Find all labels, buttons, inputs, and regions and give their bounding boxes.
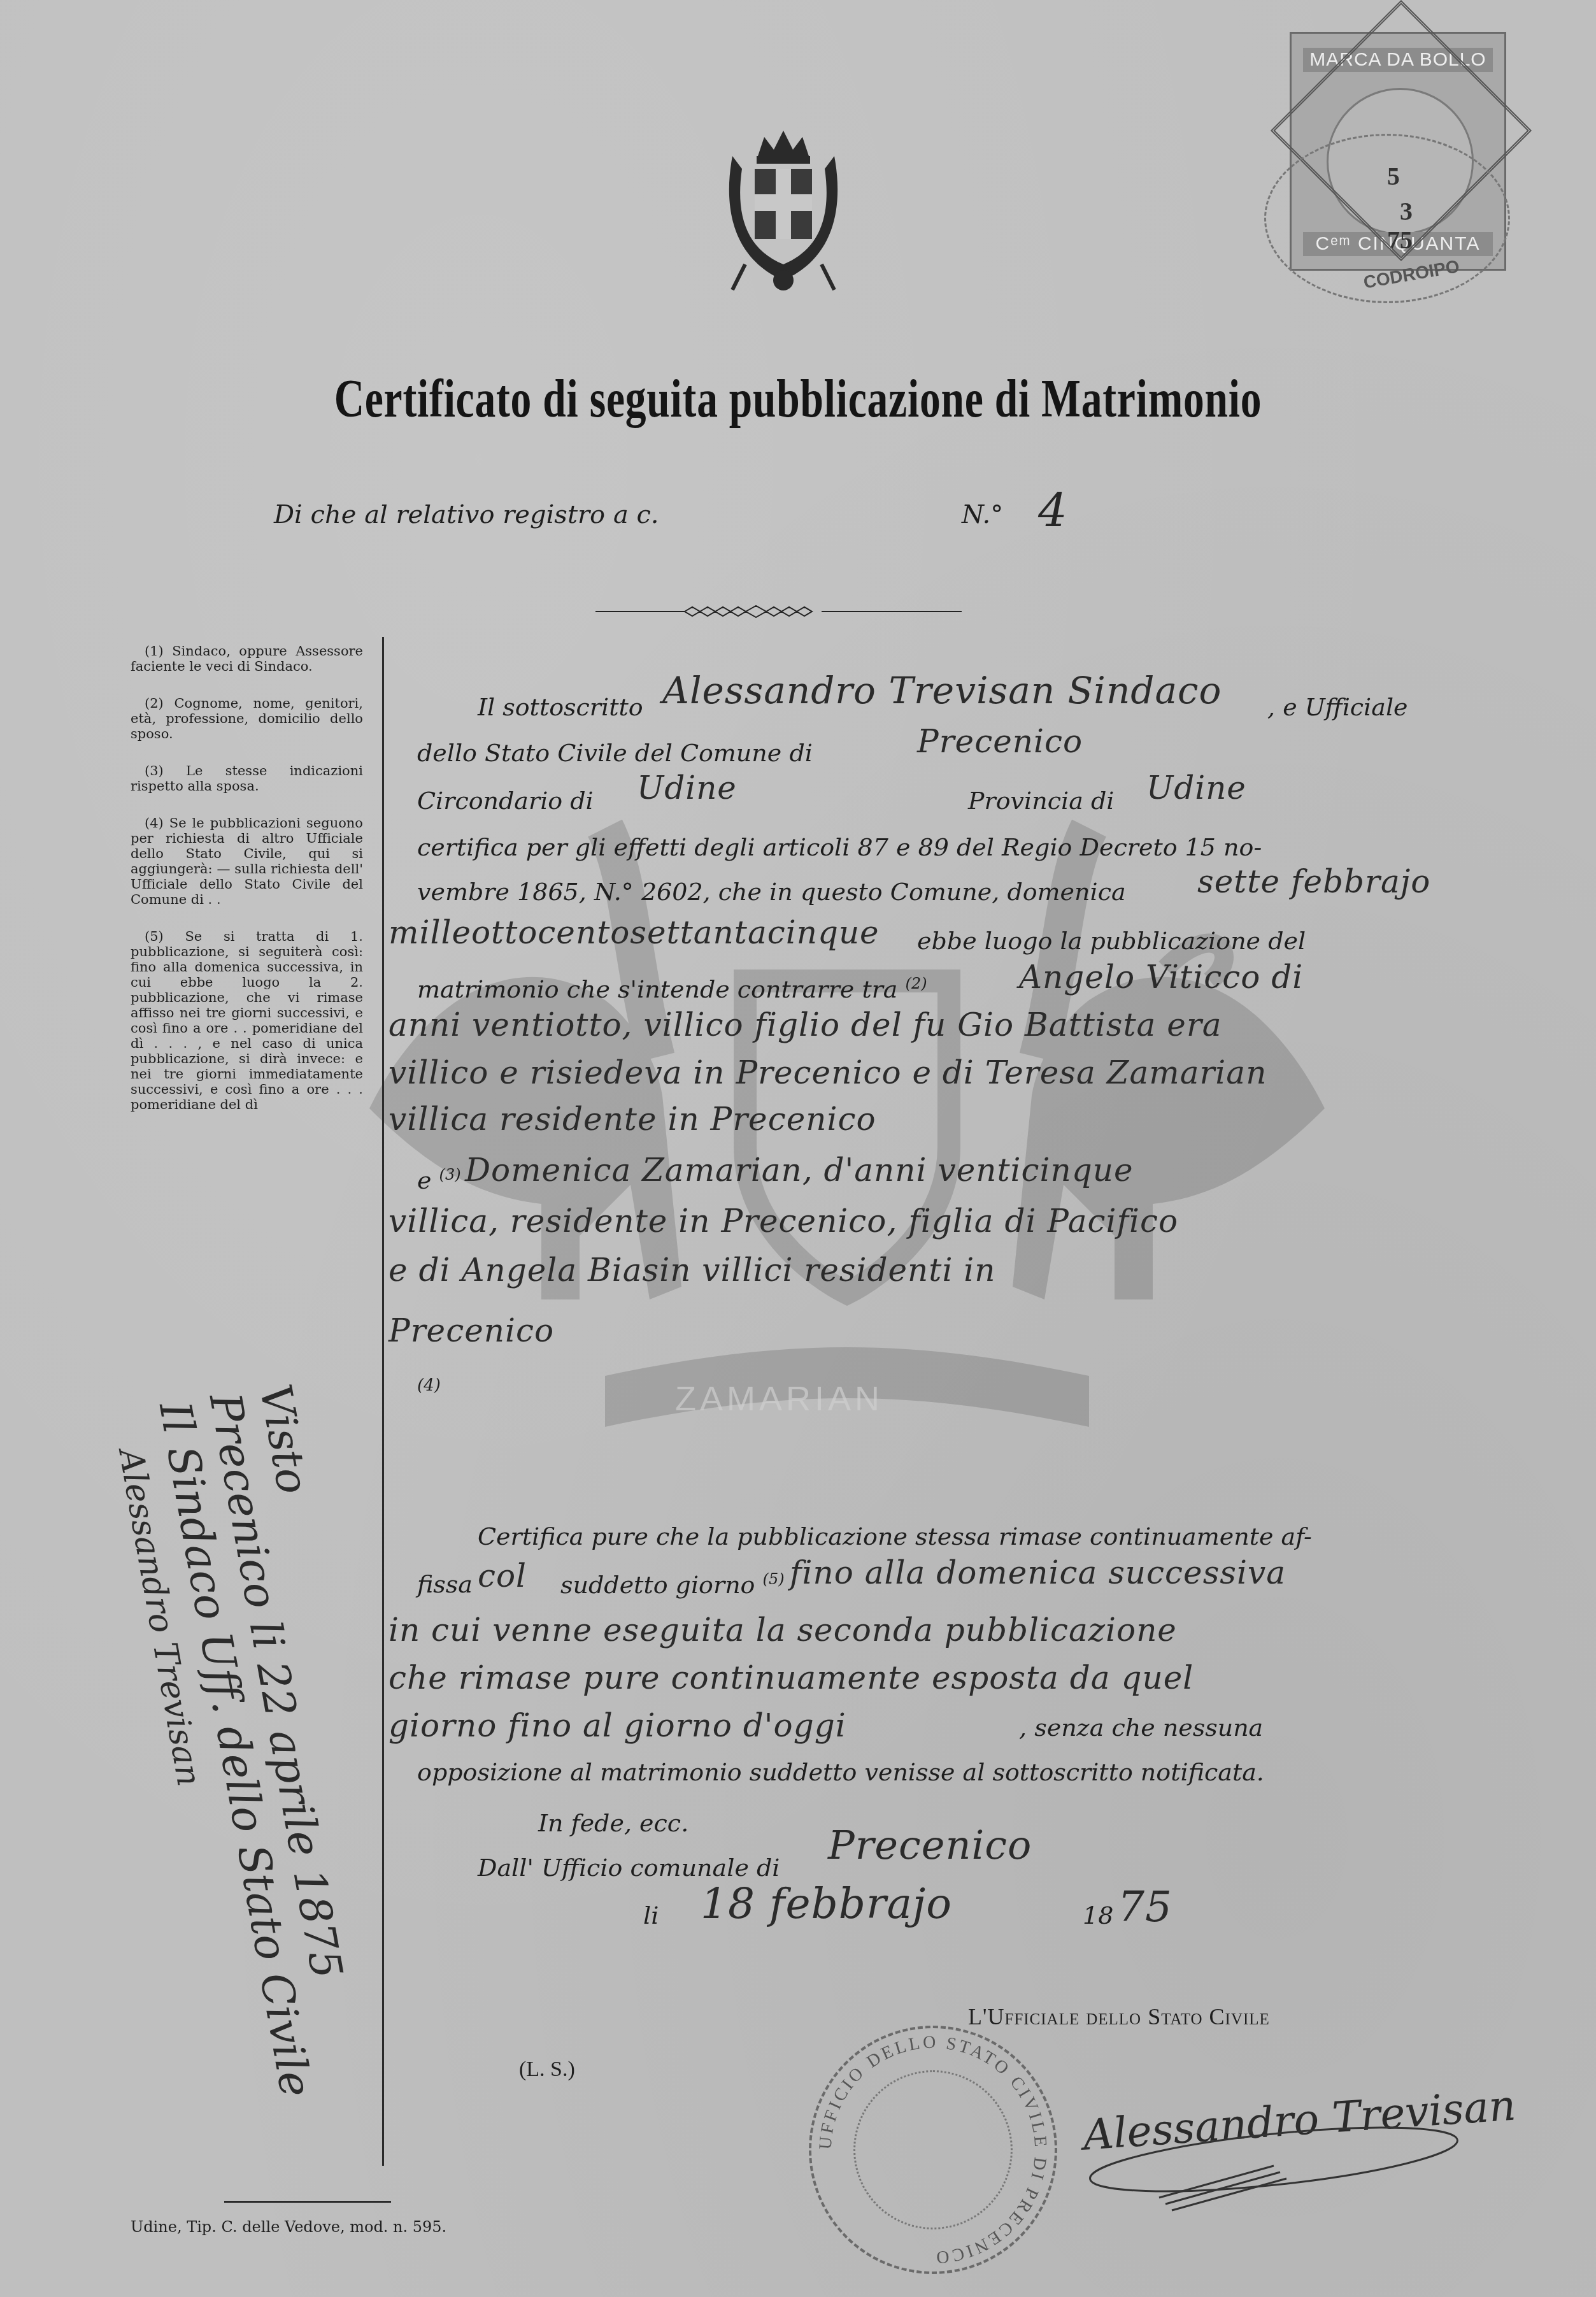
footnotes-column: (1) Sindaco, oppure Assessore faciente l… — [131, 643, 363, 1134]
issue-date-handwritten: 18 febbrajo — [701, 1879, 952, 1928]
certify-line-1: Certifica pure che la pubblicazione stes… — [478, 1522, 1312, 1550]
certify-handwritten-line-3: in cui venne eseguita la seconda pubblic… — [388, 1612, 1177, 1649]
page-title: Certificato di seguita pubblicazione di … — [176, 368, 1421, 430]
publication-date-handwritten: sette febbrajo — [1197, 863, 1430, 900]
certify-handwritten-line-4: che rimase pure continuamente esposta da… — [388, 1659, 1193, 1696]
year-handwritten: 75 — [1118, 1882, 1172, 1931]
certify-line-2-mid: suddetto giorno (5) — [560, 1570, 785, 1599]
groom-details-line-3: villica residente in Precenico — [388, 1101, 876, 1138]
date-label: li — [643, 1901, 659, 1929]
bride-details-line-1: villica, residente in Precenico, figlia … — [388, 1203, 1178, 1240]
ornamental-divider — [595, 605, 962, 618]
footnote-1: (1) Sindaco, oppure Assessore faciente l… — [131, 643, 363, 674]
certify-posting-period-handwritten: fino alla domenica successiva — [790, 1554, 1286, 1591]
footnote-4-marker: (4) — [417, 1376, 441, 1395]
body-line-1-suffix: , e Ufficiale — [1267, 693, 1408, 721]
printer-imprint: Udine, Tip. C. delle Vedove, mod. n. 595… — [131, 2218, 446, 2236]
number-label: N.° — [962, 500, 1003, 529]
locus-sigilli-label: (L. S.) — [519, 2057, 575, 2082]
circondario-label: Circondario di — [417, 787, 594, 815]
groom-details-line-2: villico e risiedeva in Precenico e di Te… — [388, 1054, 1267, 1091]
footnote-2: (2) Cognome, nome, genitori, età, profes… — [131, 696, 363, 741]
body-line-2-label: dello Stato Civile del Comune di — [417, 739, 813, 767]
footnote-3: (3) Le stesse indicazioni rispetto alla … — [131, 763, 363, 794]
certify-col-handwritten: col — [478, 1557, 527, 1594]
comune-handwritten: Precenico — [917, 723, 1083, 760]
office-town-handwritten: Precenico — [828, 1822, 1032, 1868]
provincia-label: Provincia di — [968, 787, 1114, 815]
bride-details-line-2: e di Angela Biasin villici residenti in — [388, 1252, 995, 1289]
body-line-6-suffix: ebbe luogo la pubblicazione del — [917, 927, 1306, 955]
bride-label: e (3) — [417, 1166, 461, 1194]
body-line-7-label: matrimonio che s'intende contrarre tra (… — [417, 975, 927, 1003]
publication-year-handwritten: milleottocentosettantacinque — [388, 914, 880, 951]
certificate-number: 4 — [1038, 484, 1067, 538]
provincia-handwritten: Udine — [1146, 769, 1246, 806]
certify-line-2-label: fissa — [417, 1570, 473, 1598]
circondario-handwritten: Udine — [637, 769, 737, 806]
footer-rule — [224, 2201, 391, 2203]
year-printed: 18 — [1083, 1901, 1113, 1929]
bride-name-handwritten: Domenica Zamarian, d'anni venticinque — [465, 1152, 1134, 1189]
office-label: Dall' Ufficio comunale di — [478, 1854, 780, 1882]
watermark-text: ZAMARIAN — [675, 1379, 883, 1419]
body-line-1-label: Il sottoscritto — [478, 693, 643, 721]
mayor-name-handwritten: Alessandro Trevisan Sindaco — [662, 669, 1222, 712]
groom-name-handwritten: Angelo Viticco di — [1019, 959, 1303, 996]
body-line-4: certifica per gli effetti degli articoli… — [417, 833, 1262, 861]
footnote-4: (4) Se le pubblicazioni seguono per rich… — [131, 815, 363, 907]
certify-line-5-suffix: , senza che nessuna — [1019, 1714, 1263, 1742]
signature-flourish-icon — [1083, 2121, 1478, 2223]
bride-details-line-3: Precenico — [388, 1312, 554, 1349]
svg-text:UFFICIO DELLO STATO CIVILE DI: UFFICIO DELLO STATO CIVILE DI PRECENICO — [816, 2033, 1051, 2268]
body-line-5-label: vembre 1865, N.° 2602, che in questo Com… — [417, 878, 1126, 906]
seal-text: UFFICIO DELLO STATO CIVILE DI PRECENICO — [809, 2026, 1057, 2274]
savoy-coat-of-arms-icon — [720, 131, 847, 293]
footnote-5: (5) Se si tratta di 1. pubblicazione, si… — [131, 929, 363, 1112]
register-label: Di che al relativo registro a c. — [274, 500, 659, 529]
certify-line-6: opposizione al matrimonio suddetto venis… — [417, 1758, 1264, 1786]
certify-handwritten-line-5: giorno fino al giorno d'oggi — [388, 1707, 846, 1744]
in-fede-label: In fede, ecc. — [538, 1809, 688, 1837]
groom-details-line-1: anni ventiotto, villico figlio del fu Gi… — [388, 1006, 1222, 1043]
